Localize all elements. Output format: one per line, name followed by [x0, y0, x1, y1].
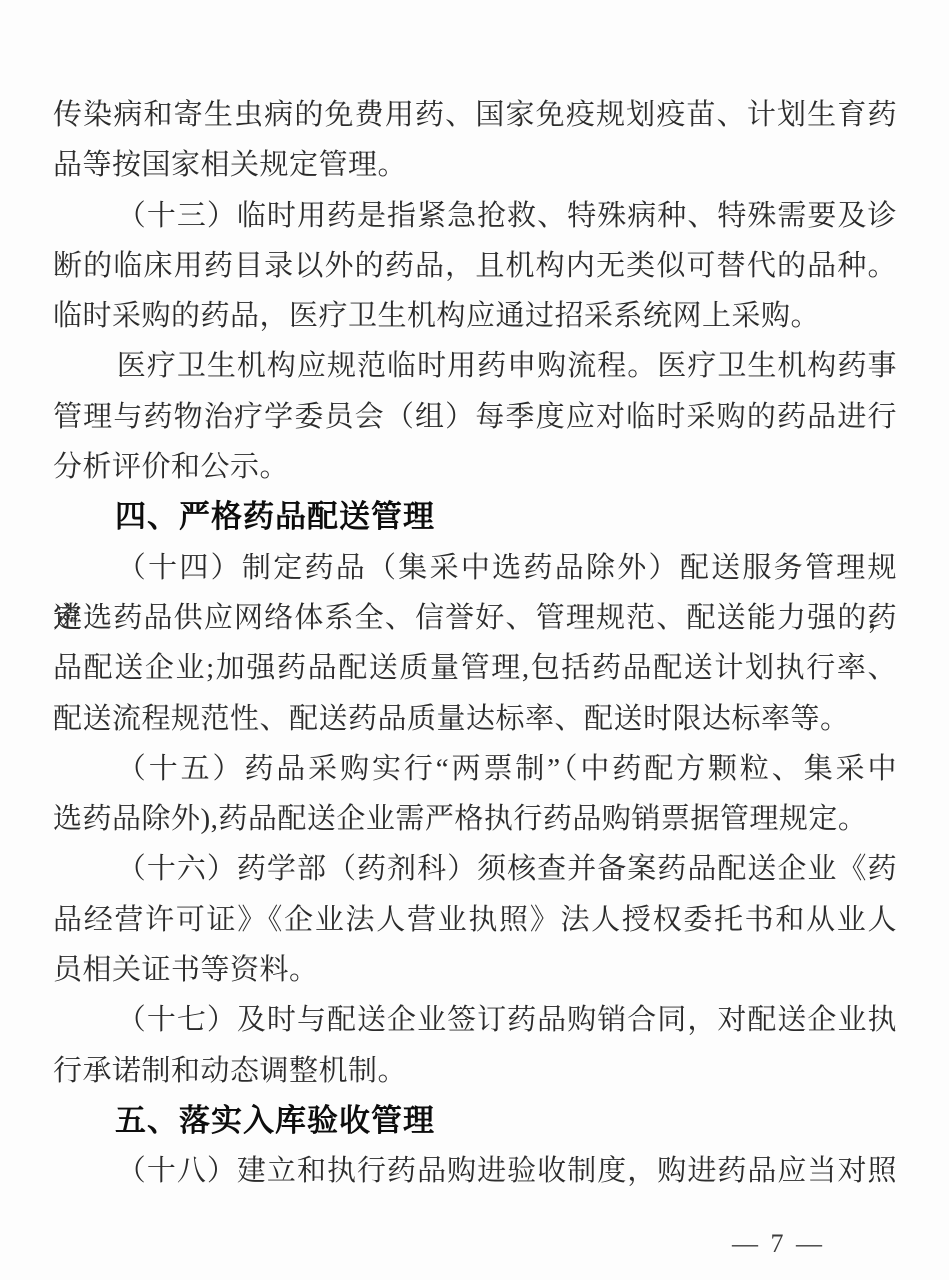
body-line: 选药品除外),药品配送企业需严格执行药品购销票据管理规定。: [53, 794, 897, 844]
body-line: 管理与药物治疗学委员会（组）每季度应对临时采购的药品进行: [53, 392, 897, 442]
body-line: 分析评价和公示。: [53, 442, 897, 492]
body-line: （十八）建立和执行药品购进验收制度，购进药品应当对照: [53, 1146, 897, 1196]
body-line: 断的临床用药目录以外的药品，且机构内无类似可替代的品种。: [53, 241, 897, 291]
section-heading-4: 四、严格药品配送管理: [53, 492, 897, 542]
document-page: 传染病和寄生虫病的免费用药、国家免疫规划疫苗、计划生育药 品等按国家相关规定管理…: [0, 0, 949, 1280]
body-line: （十四）制定药品（集采中选药品除外）配送服务管理规定，: [53, 543, 897, 593]
body-line: （十三）临时用药是指紧急抢救、特殊病种、特殊需要及诊: [53, 191, 897, 241]
body-line: （十五）药品采购实行“两票制”（中药配方颗粒、集采中: [53, 744, 897, 794]
body-line: 临时采购的药品，医疗卫生机构应通过招采系统网上采购。: [53, 291, 897, 341]
body-line: 医疗卫生机构应规范临时用药申购流程。医疗卫生机构药事: [53, 341, 897, 391]
body-line: （十七）及时与配送企业签订药品购销合同，对配送企业执: [53, 995, 897, 1045]
section-heading-5: 五、落实入库验收管理: [53, 1096, 897, 1146]
body-line: 遴选药品供应网络体系全、信誉好、管理规范、配送能力强的药: [53, 593, 897, 643]
page-number: — 7 —: [53, 1229, 897, 1259]
body-line: （十六）药学部（药剂科）须核查并备案药品配送企业《药: [53, 844, 897, 894]
body-line: 传染病和寄生虫病的免费用药、国家免疫规划疫苗、计划生育药: [53, 90, 897, 140]
body-line: 配送流程规范性、配送药品质量达标率、配送时限达标率等。: [53, 694, 897, 744]
document-body: 传染病和寄生虫病的免费用药、国家免疫规划疫苗、计划生育药 品等按国家相关规定管理…: [53, 90, 897, 1197]
body-line: 品等按国家相关规定管理。: [53, 140, 897, 190]
body-line: 行承诺制和动态调整机制。: [53, 1046, 897, 1096]
body-line: 员相关证书等资料。: [53, 945, 897, 995]
body-line: 品配送企业;加强药品配送质量管理,包括药品配送计划执行率、: [53, 643, 897, 693]
body-line: 品经营许可证》《企业法人营业执照》法人授权委托书和从业人: [53, 895, 897, 945]
